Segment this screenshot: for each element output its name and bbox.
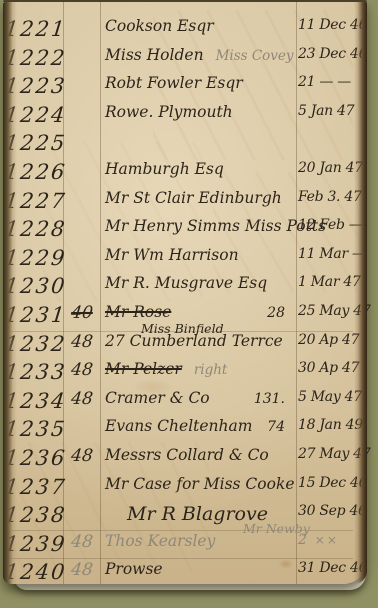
ledger-row: 1227 Mr St Clair Edinburgh Feb 3. 47 [3, 189, 367, 217]
entry-name: Messrs Collard & Co [105, 446, 269, 464]
entry-date-text: 5 Jan 47 [298, 103, 354, 119]
entry-name-cell: Prowse [105, 560, 295, 578]
ledger-row: 1238 Mr R Blagrove Mr Newby 30 Sep 46 [3, 503, 367, 531]
entry-name: Cookson Esqr [105, 17, 214, 35]
entry-name-cell: Thos Kearsley [105, 532, 295, 550]
entry-date-text: 30 Ap 47 [298, 360, 359, 376]
entry-name: Mr Pelzer [105, 360, 182, 378]
entry-code: 48 [63, 389, 101, 409]
entry-name: Mr R. Musgrave Esq [105, 274, 267, 292]
entry-date-text: 2 [298, 532, 307, 548]
entry-name: Evans Cheltenham [105, 417, 252, 435]
ledger-row: 1223 Robt Fowler Esqr 21 — — [3, 74, 367, 102]
entry-extra-number: 28 [267, 305, 285, 321]
entry-extra-number: 74 [267, 419, 285, 435]
ledger-row: 1229 Mr Wm Harrison 11 Mar — [3, 246, 367, 274]
entry-name: Cramer & Co [105, 389, 210, 407]
entry-name-cell: Mr R. Musgrave Esq [105, 274, 295, 292]
entry-name-cell: Mr Case for Miss Cooke [105, 475, 295, 493]
entry-date-text: 1 Mar 47 [298, 274, 361, 290]
entry-date-text: 21 — — [298, 74, 351, 90]
entry-name: Mr Wm Harrison [105, 246, 239, 264]
entry-name-cell: Robt Fowler Esqr [105, 74, 295, 92]
entry-name-cell: Mr Pelzer right [105, 360, 295, 378]
ledger-row: 1224 Rowe. Plymouth 5 Jan 47 [3, 103, 367, 131]
entry-pencil-annotation: Miss Covey [216, 48, 294, 64]
entry-code: 48 [63, 332, 101, 352]
entry-code: 48 [63, 560, 101, 580]
entry-name: Thos Kearsley [105, 532, 215, 550]
ledger-row: 1234 48 Cramer & Co 131. 5 May 47 [3, 389, 367, 417]
ledger-row: 1230 Mr R. Musgrave Esq 1 Mar 47 [3, 274, 367, 302]
ledger-row: 1237 Mr Case for Miss Cooke 15 Dec 46 [3, 475, 367, 503]
entry-name: Hamburgh Esq [105, 160, 224, 178]
entry-name-cell: Mr R Blagrove Mr Newby [105, 503, 295, 525]
entry-name: Rowe. Plymouth [105, 103, 233, 121]
ledger-row: 1221 Cookson Esqr 11 Dec 46 [3, 17, 367, 45]
entry-code: 40 [63, 303, 101, 323]
entry-name: Mr Rose [105, 303, 171, 321]
entry-date-text: Feb 3. 47 [298, 189, 362, 205]
entry-name: Robt Fowler Esqr [105, 74, 243, 92]
entry-name-cell: Hamburgh Esq [105, 160, 295, 178]
ledger-row: 1228 Mr Henry Simms Miss Potts 12 Feb — [3, 217, 367, 245]
entry-code: 48 [63, 360, 101, 380]
entry-name-cell: Miss Holden Miss Covey [105, 46, 295, 64]
ledger-row: 1239 48 Thos Kearsley 2 ×× [3, 532, 367, 560]
ledger-row: 1222 Miss Holden Miss Covey 23 Dec 46 [3, 46, 367, 74]
entry-name-cell: Evans Cheltenham 74 [105, 417, 295, 435]
entry-name: Mr Henry Simms Miss Potts [105, 217, 326, 235]
page-edge [354, 2, 367, 584]
ledger-row: 1225 [3, 131, 367, 159]
entry-name-cell: Cramer & Co 131. [105, 389, 295, 407]
entry-code: 48 [63, 532, 101, 552]
entry-name-cell: Mr Wm Harrison [105, 246, 295, 264]
entry-name: Mr Case for Miss Cooke [105, 475, 295, 493]
entry-name-cell: Cookson Esqr [105, 17, 295, 35]
entry-date-text: 5 May 47 [298, 389, 362, 405]
entry-name: 27 Cumberland Terrce [105, 332, 283, 350]
entry-name-cell: Rowe. Plymouth [105, 103, 295, 121]
ledger-row: 1226 Hamburgh Esq 20 Jan 47 [3, 160, 367, 188]
entry-name-cell: 27 Cumberland Terrce [105, 332, 295, 350]
ledger-row: 1233 48 Mr Pelzer right 30 Ap 47 [3, 360, 367, 388]
ledger-row: 1232 48 27 Cumberland Terrce 20 Ap 47 [3, 332, 367, 360]
entry-name-cell: Mr Henry Simms Miss Potts [105, 217, 295, 235]
entry-name-cell: Messrs Collard & Co [105, 446, 295, 464]
entry-code: 48 [63, 446, 101, 466]
ledger-row: 1240 48 Prowse 31 Dec 46 [3, 560, 367, 588]
book-binding-edge [3, 2, 17, 584]
ledger-page: 1221 Cookson Esqr 11 Dec 46 1222 Miss Ho… [3, 0, 367, 584]
entry-name-cell: Mr Rose 28 Miss Binfield [105, 303, 295, 321]
entry-name-cell: Mr St Clair Edinburgh [105, 189, 295, 207]
ledger-row: 1231 40 Mr Rose 28 Miss Binfield 25 May … [3, 303, 367, 331]
ledger-row: 1236 48 Messrs Collard & Co 27 May 47 [3, 446, 367, 474]
entry-name: Mr St Clair Edinburgh [105, 189, 282, 207]
entry-name: Miss Holden [105, 46, 204, 64]
entry-pencil-annotation: right [194, 362, 228, 378]
entry-pencil-scribble: ×× [315, 533, 339, 547]
entry-date-text: 20 Ap 47 [298, 332, 359, 348]
ledger-row: 1235 Evans Cheltenham 74 18 Jan 49 [3, 417, 367, 445]
entry-date-text: 12 Feb — [298, 217, 363, 233]
entry-extra-number: 131. [254, 391, 285, 407]
entry-name: Prowse [105, 560, 163, 578]
